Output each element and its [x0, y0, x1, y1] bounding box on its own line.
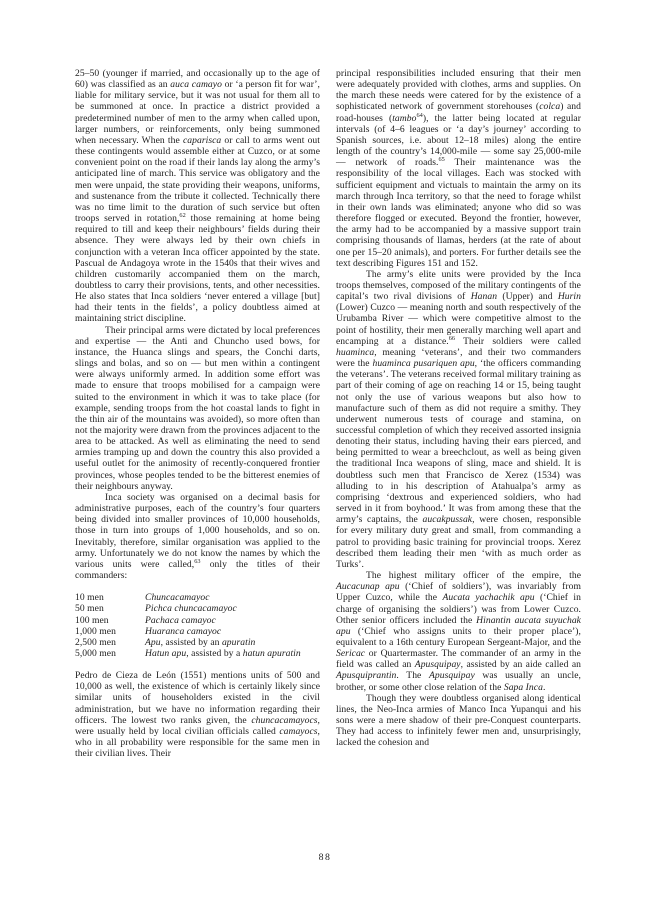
commander-rank-table: 10 men Chuncacamayoc 50 men Pichca chunc… [75, 592, 320, 659]
paragraph-right-2: The army’s elite units were provided by … [336, 269, 581, 570]
rank-title: Pichca chuncacamayoc [145, 603, 320, 614]
paragraph-right-3: The highest military officer of the empi… [336, 570, 581, 693]
rank-row: 1,000 men Huaranca camayoc [75, 626, 320, 637]
rank-row: 50 men Pichca chuncacamayoc [75, 603, 320, 614]
paragraph-left-3: Inca society was organised on a decimal … [75, 492, 320, 581]
rank-row: 5,000 men Hatun apu, assisted by a hatun… [75, 648, 320, 659]
rank-size: 1,000 men [75, 626, 145, 637]
rank-title: Pachaca camayoc [145, 615, 320, 626]
rank-size: 5,000 men [75, 648, 145, 659]
rank-size: 50 men [75, 603, 145, 614]
text-columns: 25–50 (younger if married, and occasiona… [75, 68, 581, 759]
rank-title: Apu, assisted by an apuratin [145, 637, 320, 648]
paragraph-left-2: Their principal arms were dictated by lo… [75, 325, 320, 492]
right-column: principal responsibilities included ensu… [336, 68, 581, 759]
paragraph-right-4: Though they were doubtless organised alo… [336, 693, 581, 749]
book-page: 25–50 (younger if married, and occasiona… [0, 0, 650, 920]
paragraph-right-1: principal responsibilities included ensu… [336, 68, 581, 269]
rank-size: 2,500 men [75, 637, 145, 648]
rank-size: 100 men [75, 615, 145, 626]
rank-size: 10 men [75, 592, 145, 603]
rank-title: Huaranca camayoc [145, 626, 320, 637]
paragraph-left-4: Pedro de Cieza de León (1551) mentions u… [75, 670, 320, 759]
left-column: 25–50 (younger if married, and occasiona… [75, 68, 320, 759]
page-number: 88 [0, 852, 650, 863]
paragraph-left-1: 25–50 (younger if married, and occasiona… [75, 68, 320, 325]
rank-row: 10 men Chuncacamayoc [75, 592, 320, 603]
rank-row: 2,500 men Apu, assisted by an apuratin [75, 637, 320, 648]
rank-title: Hatun apu, assisted by a hatun apuratin [145, 648, 320, 659]
rank-title: Chuncacamayoc [145, 592, 320, 603]
rank-row: 100 men Pachaca camayoc [75, 615, 320, 626]
